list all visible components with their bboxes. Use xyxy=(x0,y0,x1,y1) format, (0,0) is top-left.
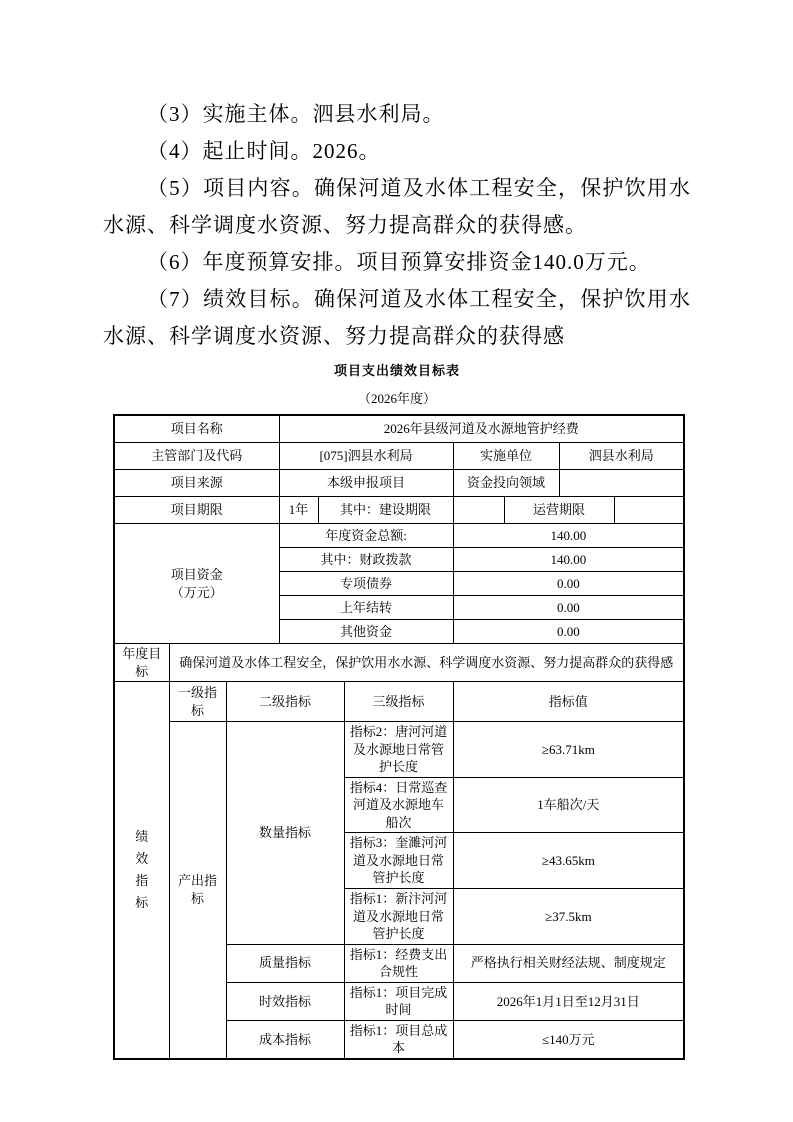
annual-goal-value: 确保河道及水体工程安全，保护饮用水水源、科学调度水资源、努力提高群众的获得感 xyxy=(169,644,684,682)
table-row: 产出指标 数量指标 指标2：唐河河道及水源地日常管护长度 ≥63.71km xyxy=(114,722,684,778)
operation-period-label: 运营期限 xyxy=(504,497,614,524)
department-label: 主管部门及代码 xyxy=(114,443,279,470)
fund-row-name: 专项债券 xyxy=(279,572,453,596)
fund-row-name: 上年结转 xyxy=(279,596,453,620)
fund-row-name: 其中：财政拨款 xyxy=(279,548,453,572)
indicator-name: 指标1：项目总成本 xyxy=(344,1020,453,1059)
indicator-value: 2026年1月1日至12月31日 xyxy=(453,982,684,1020)
fund-row-value: 0.00 xyxy=(453,620,684,644)
construction-period-value xyxy=(453,497,504,524)
indicator-value: ≥63.71km xyxy=(453,722,684,778)
construction-period-label: 其中：建设期限 xyxy=(318,497,453,524)
fund-row-value: 140.00 xyxy=(453,524,684,548)
indicator-name: 指标3：奎濉河河道及水源地日常管护长度 xyxy=(344,833,453,889)
fund-row-value: 0.00 xyxy=(453,596,684,620)
fund-row-value: 0.00 xyxy=(453,572,684,596)
performance-indicator-side-text: 绩效指标 xyxy=(135,826,149,914)
project-funds-label-line1: 项目资金 xyxy=(118,566,276,584)
body-text: （3）实施主体。泗县水利局。 （4）起止时间。2026。 （5）项目内容。确保河… xyxy=(103,96,691,1060)
table-row: 项目期限 1年 其中：建设期限 运营期限 xyxy=(114,497,684,524)
table-row: 项目资金 （万元） 年度资金总额: 140.00 xyxy=(114,524,684,548)
project-name-label: 项目名称 xyxy=(114,415,279,443)
project-period-label: 项目期限 xyxy=(114,497,279,524)
table-row: 项目来源 本级申报项目 资金投向领域 xyxy=(114,470,684,497)
output-indicator-cell: 产出指标 xyxy=(169,722,226,1059)
project-name-value: 2026年县级河道及水源地管护经费 xyxy=(279,415,684,443)
indicator-name: 指标4：日常巡查河道及水源地车船次 xyxy=(344,777,453,833)
project-period-value: 1年 xyxy=(279,497,318,524)
table-row: 年度目标 确保河道及水体工程安全，保护饮用水水源、科学调度水资源、努力提高群众的… xyxy=(114,644,684,682)
fund-row-name: 年度资金总额: xyxy=(279,524,453,548)
paragraph-item-3: （3）实施主体。泗县水利局。 xyxy=(103,96,691,133)
indicator-name: 指标2：唐河河道及水源地日常管护长度 xyxy=(344,722,453,778)
project-source-label: 项目来源 xyxy=(114,470,279,497)
indicator-value: 严格执行相关财经法规、制度规定 xyxy=(453,944,684,982)
project-funds-label-line2: （万元） xyxy=(118,584,276,602)
indicator-value: ≥43.65km xyxy=(453,833,684,889)
timeliness-indicator-cell: 时效指标 xyxy=(226,982,344,1020)
indicator-name: 指标1：经费支出合规性 xyxy=(344,944,453,982)
implement-unit-label: 实施单位 xyxy=(453,443,559,470)
table-title: 项目支出绩效目标表 xyxy=(103,360,691,379)
paragraph-item-7: （7）绩效目标。确保河道及水体工程安全，保护饮用水水源、科学调度水资源、努力提高… xyxy=(103,281,691,355)
table-row: 主管部门及代码 [075]泗县水利局 实施单位 泗县水利局 xyxy=(114,443,684,470)
project-funds-label: 项目资金 （万元） xyxy=(114,524,279,644)
fund-row-value: 140.00 xyxy=(453,548,684,572)
cost-indicator-cell: 成本指标 xyxy=(226,1020,344,1059)
indicator-value: ≤140万元 xyxy=(453,1020,684,1059)
quality-indicator-cell: 质量指标 xyxy=(226,944,344,982)
project-source-value: 本级申报项目 xyxy=(279,470,453,497)
performance-target-table: 项目名称 2026年县级河道及水源地管护经费 主管部门及代码 [075]泗县水利… xyxy=(113,414,685,1060)
paragraph-item-5: （5）项目内容。确保河道及水体工程安全，保护饮用水水源、科学调度水资源、努力提高… xyxy=(103,170,691,244)
indicator-name: 指标1：新汴河河道及水源地日常管护长度 xyxy=(344,889,453,945)
level3-header: 三级指标 xyxy=(344,682,453,722)
indicator-value: ≥37.5km xyxy=(453,889,684,945)
document-page: （3）实施主体。泗县水利局。 （4）起止时间。2026。 （5）项目内容。确保河… xyxy=(0,0,793,1122)
fund-field-label: 资金投向领域 xyxy=(453,470,559,497)
table-row: 项目名称 2026年县级河道及水源地管护经费 xyxy=(114,415,684,443)
paragraph-item-6: （6）年度预算安排。项目预算安排资金140.0万元。 xyxy=(103,244,691,281)
paragraph-item-4: （4）起止时间。2026。 xyxy=(103,133,691,170)
fund-field-value xyxy=(559,470,684,497)
level1-header: 一级指标 xyxy=(169,682,226,722)
department-value: [075]泗县水利局 xyxy=(279,443,453,470)
indicator-name: 指标1：项目完成时间 xyxy=(344,982,453,1020)
level2-header: 二级指标 xyxy=(226,682,344,722)
table-row: 绩效指标 一级指标 二级指标 三级指标 指标值 xyxy=(114,682,684,722)
fund-row-name: 其他资金 xyxy=(279,620,453,644)
indicator-value: 1车船次/天 xyxy=(453,777,684,833)
value-header: 指标值 xyxy=(453,682,684,722)
performance-indicator-side-label: 绩效指标 xyxy=(114,682,169,1059)
annual-goal-label: 年度目标 xyxy=(114,644,169,682)
implement-unit-value: 泗县水利局 xyxy=(559,443,684,470)
table-subtitle: （2026年度） xyxy=(103,388,691,407)
operation-period-value xyxy=(614,497,684,524)
quantity-indicator-cell: 数量指标 xyxy=(226,722,344,945)
